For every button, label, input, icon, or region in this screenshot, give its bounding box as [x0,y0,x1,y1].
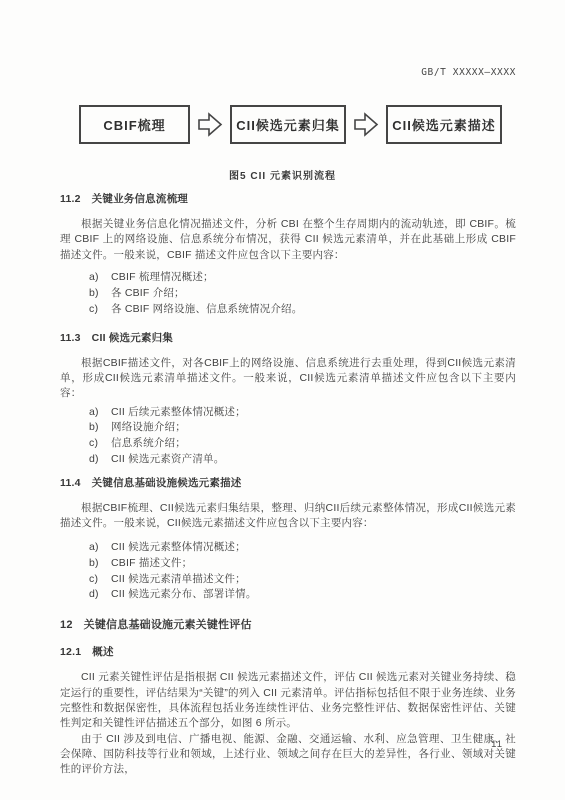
ordered-list-11-3: a) CII 后续元素整体情况概述； b) 网络设施介绍； c) 信息系统介绍；… [60,405,516,469]
list-text: CII 候选元素清单描述文件； [111,572,516,588]
list-text: CBIF 梳理情况概述； [111,270,516,286]
list-item: b) 各 CBIF 介绍； [60,286,516,302]
section-number: 11.2 [60,193,81,206]
list-marker: d) [89,452,111,468]
flow-step-describe: CII候选元素描述 [386,105,502,144]
page-content: 11.2 关键业务信息流梳理 根据关键业务信息化情况描述文件，分析 CBI 在整… [60,192,516,777]
section-number: 12.1 [60,646,81,659]
section-title: CII 候选元素归集 [92,332,173,345]
list-marker: c) [89,572,111,588]
list-text: CII 候选元素分布、部署详情。 [111,587,516,603]
flow-step-cbif: CBIF梳理 [79,105,190,144]
list-item: b) CBIF 描述文件； [60,556,516,572]
section-heading-11-3: 11.3 CII 候选元素归集 [60,332,516,345]
section-title: 概述 [92,646,113,659]
section-heading-11-2: 11.2 关键业务信息流梳理 [60,193,516,206]
list-text: 各 CBIF 介绍； [111,286,516,302]
list-item: d) CII 候选元素资产清单。 [60,452,516,468]
figure-caption: 图5 CII 元素识别流程 [0,167,565,182]
section-number: 11.4 [60,477,81,490]
list-text: 信息系统介绍； [111,436,516,452]
paragraph: CII 元素关键性评估是指根据 CII 候选元素描述文件，评估 CII 候选元素… [60,670,516,731]
list-text: CII 后续元素整体情况概述； [111,405,516,421]
section-title: 关键业务信息流梳理 [92,193,188,206]
list-text: 各 CBIF 网络设施、信息系统情况介绍。 [111,302,516,318]
list-text: CII 候选元素整体情况概述； [111,540,516,556]
paragraph: 根据CBIF梳理、CII候选元素归集结果，整理、归纳CII后续元素整体情况，形成… [60,501,516,532]
ordered-list-11-2: a) CBIF 梳理情况概述； b) 各 CBIF 介绍； c) 各 CBIF … [60,270,516,318]
list-marker: a) [89,540,111,556]
list-item: d) CII 候选元素分布、部署详情。 [60,587,516,603]
list-text: CII 候选元素资产清单。 [111,452,516,468]
section-number: 12 [60,619,73,632]
list-text: 网络设施介绍； [111,420,516,436]
page-number: 11 [491,739,503,750]
paragraph: 由于 CII 涉及到电信、广播电视、能源、金融、交通运输、水利、应急管理、卫生健… [60,732,516,778]
list-marker: c) [89,436,111,452]
figure-flowchart: CBIF梳理 CII候选元素归集 CII候选元素描述 [79,104,502,144]
section-title: 关键信息基础设施候选元素描述 [92,477,242,490]
section-title: 关键信息基础设施元素关键性评估 [84,619,252,632]
section-heading-12-1: 12.1 概述 [60,646,516,659]
list-item: a) CBIF 梳理情况概述； [60,270,516,286]
list-marker: b) [89,556,111,572]
list-item: c) 信息系统介绍； [60,436,516,452]
flow-arrow-icon [198,111,223,138]
list-marker: b) [89,286,111,302]
paragraph: 根据CBIF描述文件，对各CBIF上的网络设施、信息系统进行去重处理，得到CII… [60,356,516,402]
list-marker: a) [89,405,111,421]
section-heading-11-4: 11.4 关键信息基础设施候选元素描述 [60,477,516,490]
list-item: a) CII 候选元素整体情况概述； [60,540,516,556]
paragraph: 根据关键业务信息化情况描述文件，分析 CBI 在整个生存周期内的流动轨迹，即 C… [60,217,516,263]
list-marker: a) [89,270,111,286]
flow-arrow-icon [354,111,379,138]
list-item: c) 各 CBIF 网络设施、信息系统情况介绍。 [60,302,516,318]
ordered-list-11-4: a) CII 候选元素整体情况概述； b) CBIF 描述文件； c) CII … [60,540,516,604]
list-item: c) CII 候选元素清单描述文件； [60,572,516,588]
section-number: 11.3 [60,332,81,345]
list-marker: c) [89,302,111,318]
list-text: CBIF 描述文件； [111,556,516,572]
section-heading-12: 12 关键信息基础设施元素关键性评估 [60,619,516,632]
list-item: a) CII 后续元素整体情况概述； [60,405,516,421]
standard-code: GB/T XXXXX—XXXX [421,67,516,78]
flow-step-gather: CII候选元素归集 [230,105,346,144]
list-marker: d) [89,587,111,603]
list-marker: b) [89,420,111,436]
document-page: GB/T XXXXX—XXXX CBIF梳理 CII候选元素归集 CII候选元素… [0,0,565,800]
list-item: b) 网络设施介绍； [60,420,516,436]
